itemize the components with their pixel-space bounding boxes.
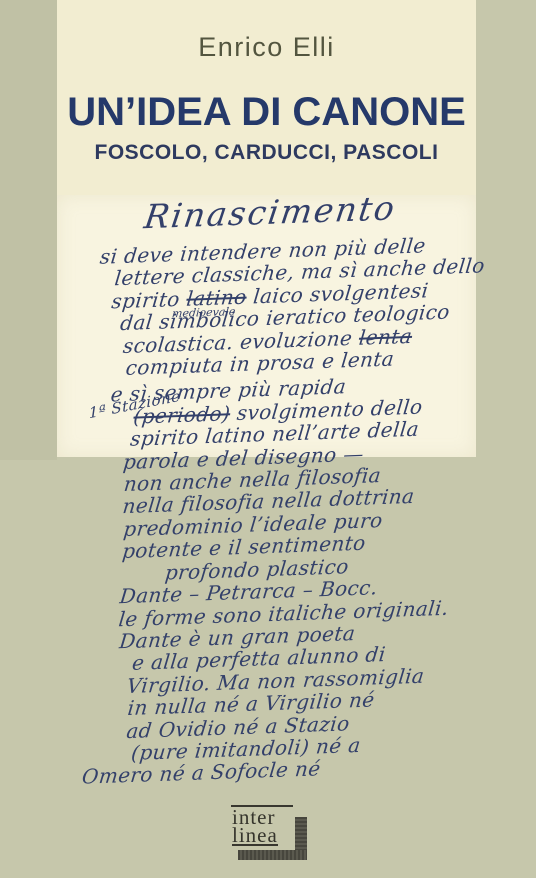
struck-word: lenta [358,323,414,349]
book-subtitle: FOSCOLO, CARDUCCI, PASCOLI [57,141,476,165]
cover-text-block: Enrico Elli UN’IDEA DI CANONE FOSCOLO, C… [57,0,476,165]
logo-word-linea: linea [232,826,278,846]
handwritten-manuscript: Rinascimento si deve intendere non più d… [62,186,496,789]
author-name: Enrico Elli [57,32,476,63]
logo-right-bar [295,817,307,851]
logo-bottom-bar [238,850,307,860]
logo-wordmark: inter linea [232,808,278,846]
book-cover: Enrico Elli UN’IDEA DI CANONE FOSCOLO, C… [0,0,536,878]
cover-left-margin [0,0,57,460]
interlinea-publisher-logo: inter linea [231,803,307,860]
book-title: UN’IDEA DI CANONE [57,90,476,135]
